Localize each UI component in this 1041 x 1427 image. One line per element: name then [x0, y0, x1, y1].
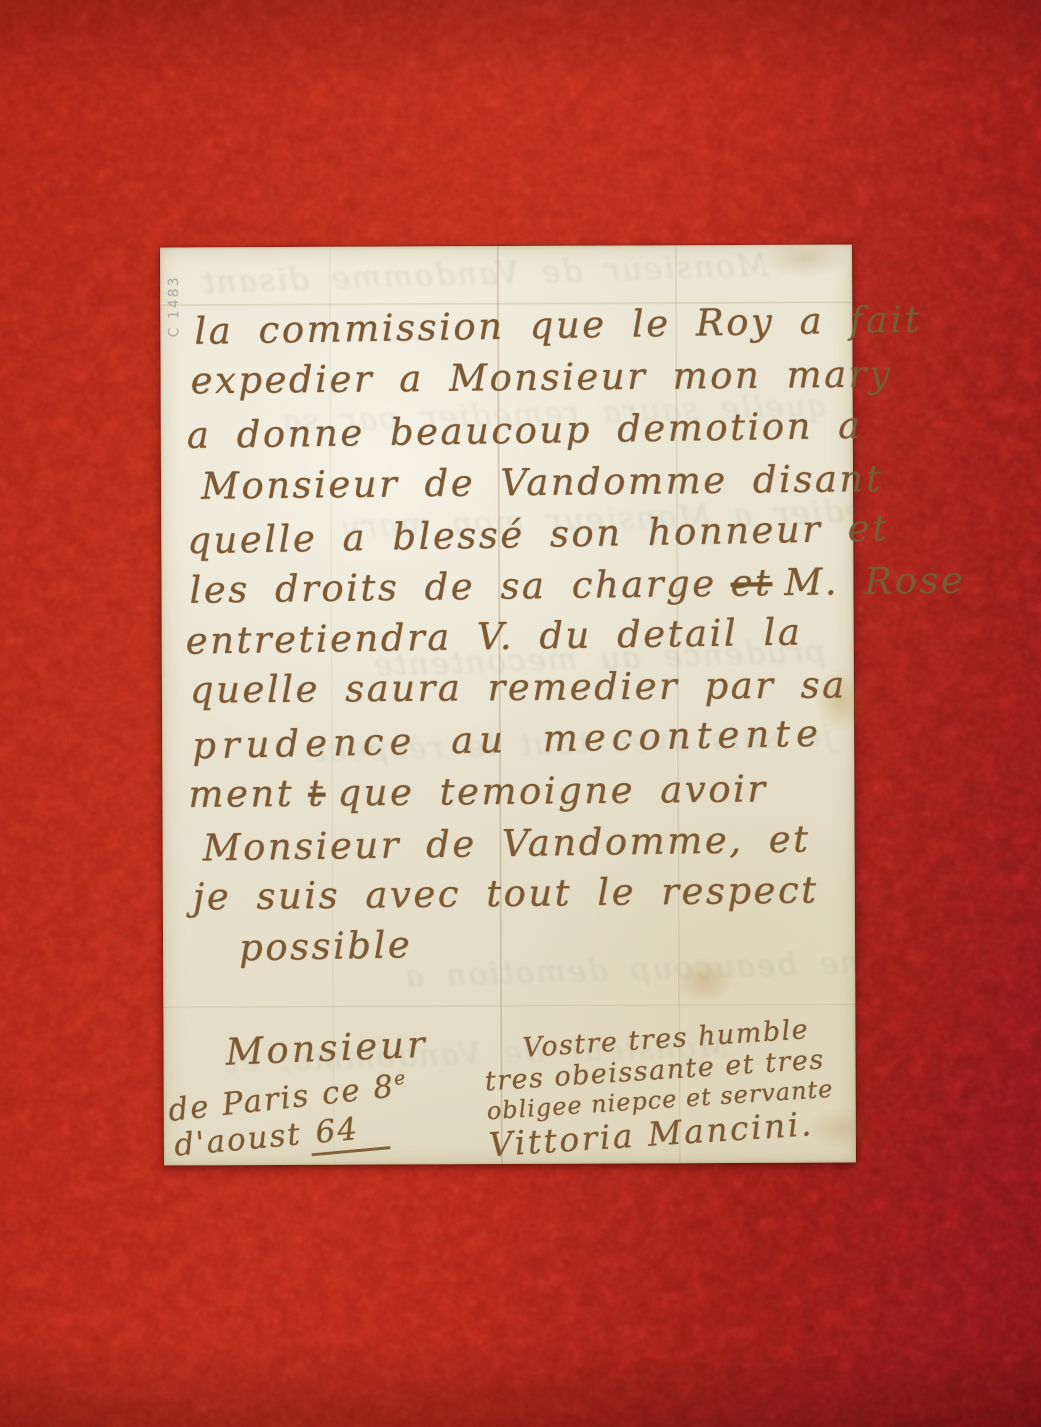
pencil-annotation: C 1483 [166, 275, 182, 337]
letter-line: menttque temoigne avoir [188, 767, 768, 816]
closing-address: Monsieur [225, 1023, 429, 1074]
letter-line-text: Monsieur de Vandomme disant [201, 457, 884, 508]
letter-line-text: possible [239, 923, 413, 969]
letter-line: quelle saura remedier par sa [190, 663, 847, 711]
letter-line-text: quelle saura remedier par sa [190, 663, 847, 711]
letter-line-text: entretiendra V. du detail la [185, 610, 802, 662]
letter-line-text: expedier a Monsieur mon mary [190, 352, 892, 402]
struck-word: et [730, 561, 772, 605]
closing-valediction-block: Vostre tres humble tres obeissante et tr… [482, 1011, 862, 1164]
manuscript-paper: Monsieur de Vandomme disant quelle saura… [160, 244, 856, 1165]
stain [675, 957, 733, 1003]
letter-line-text: que temoigne avoir [337, 767, 767, 814]
letter-line-text: ment [188, 772, 294, 816]
letter-line: expedier a Monsieur mon mary [190, 352, 892, 402]
letter-line: Monsieur de Vandomme, et [202, 818, 810, 870]
letter-line: je suis avec tout le respect [193, 868, 819, 918]
letter-line-text: je suis avec tout le respect [193, 868, 819, 918]
letter-line: entretiendra V. du detail la [185, 610, 802, 662]
struck-word: t [308, 772, 326, 815]
manuscript-photo: Monsieur de Vandomme disant quelle saura… [0, 0, 1041, 1427]
place-date-superscript: e [393, 1068, 408, 1090]
stain [760, 239, 850, 279]
letter-line: Monsieur de Vandomme disant [201, 457, 884, 508]
letter-line-text: M. Rose [784, 559, 965, 604]
letter-line-text: Monsieur de Vandomme, et [202, 818, 810, 870]
letter-line: possible [239, 923, 413, 969]
date-year-underlined: 64 [308, 1108, 391, 1156]
letter-line-text: les droits de sa charge [189, 562, 717, 612]
